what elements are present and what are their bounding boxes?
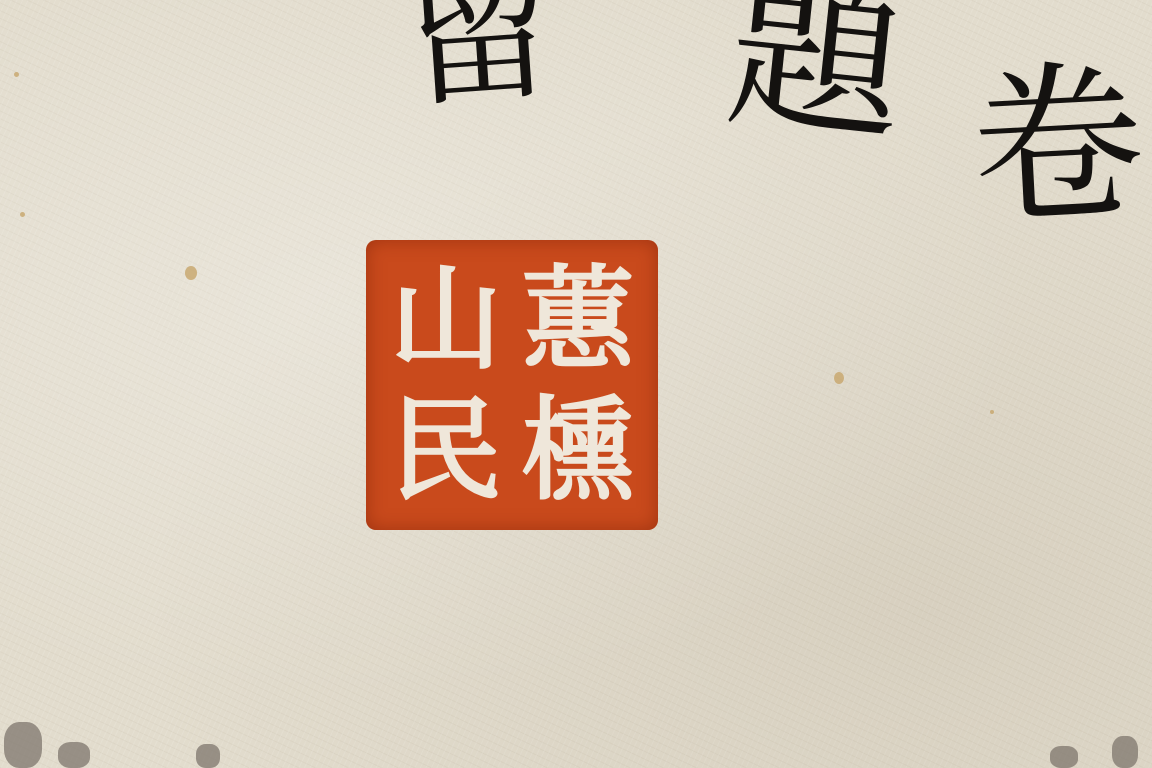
- faint-ink-mark: [1112, 736, 1138, 768]
- paper-stain: [990, 410, 994, 414]
- seal-character: 民: [390, 395, 502, 507]
- paper-stain: [14, 72, 19, 77]
- faint-ink-mark: [4, 722, 42, 768]
- seal-column-right: 蕙 櫄: [512, 254, 644, 516]
- seal-character: 山: [390, 264, 502, 376]
- seal-column-left: 山 民: [380, 254, 512, 516]
- faint-ink-mark: [58, 742, 90, 768]
- faint-ink-mark: [1050, 746, 1078, 768]
- calligraphy-character-3: 卷: [968, 56, 1149, 237]
- faint-ink-mark: [196, 744, 220, 768]
- seal-character: 櫄: [522, 395, 634, 507]
- paper-stain: [185, 266, 197, 280]
- seal-character: 蕙: [522, 264, 634, 376]
- calligraphy-character-2: 題: [721, 0, 913, 154]
- paper-stain: [20, 212, 25, 217]
- paper-stain: [834, 372, 844, 384]
- red-seal-stamp: 蕙 櫄 山 民: [366, 240, 658, 530]
- calligraphy-character-1: 留: [400, 0, 560, 117]
